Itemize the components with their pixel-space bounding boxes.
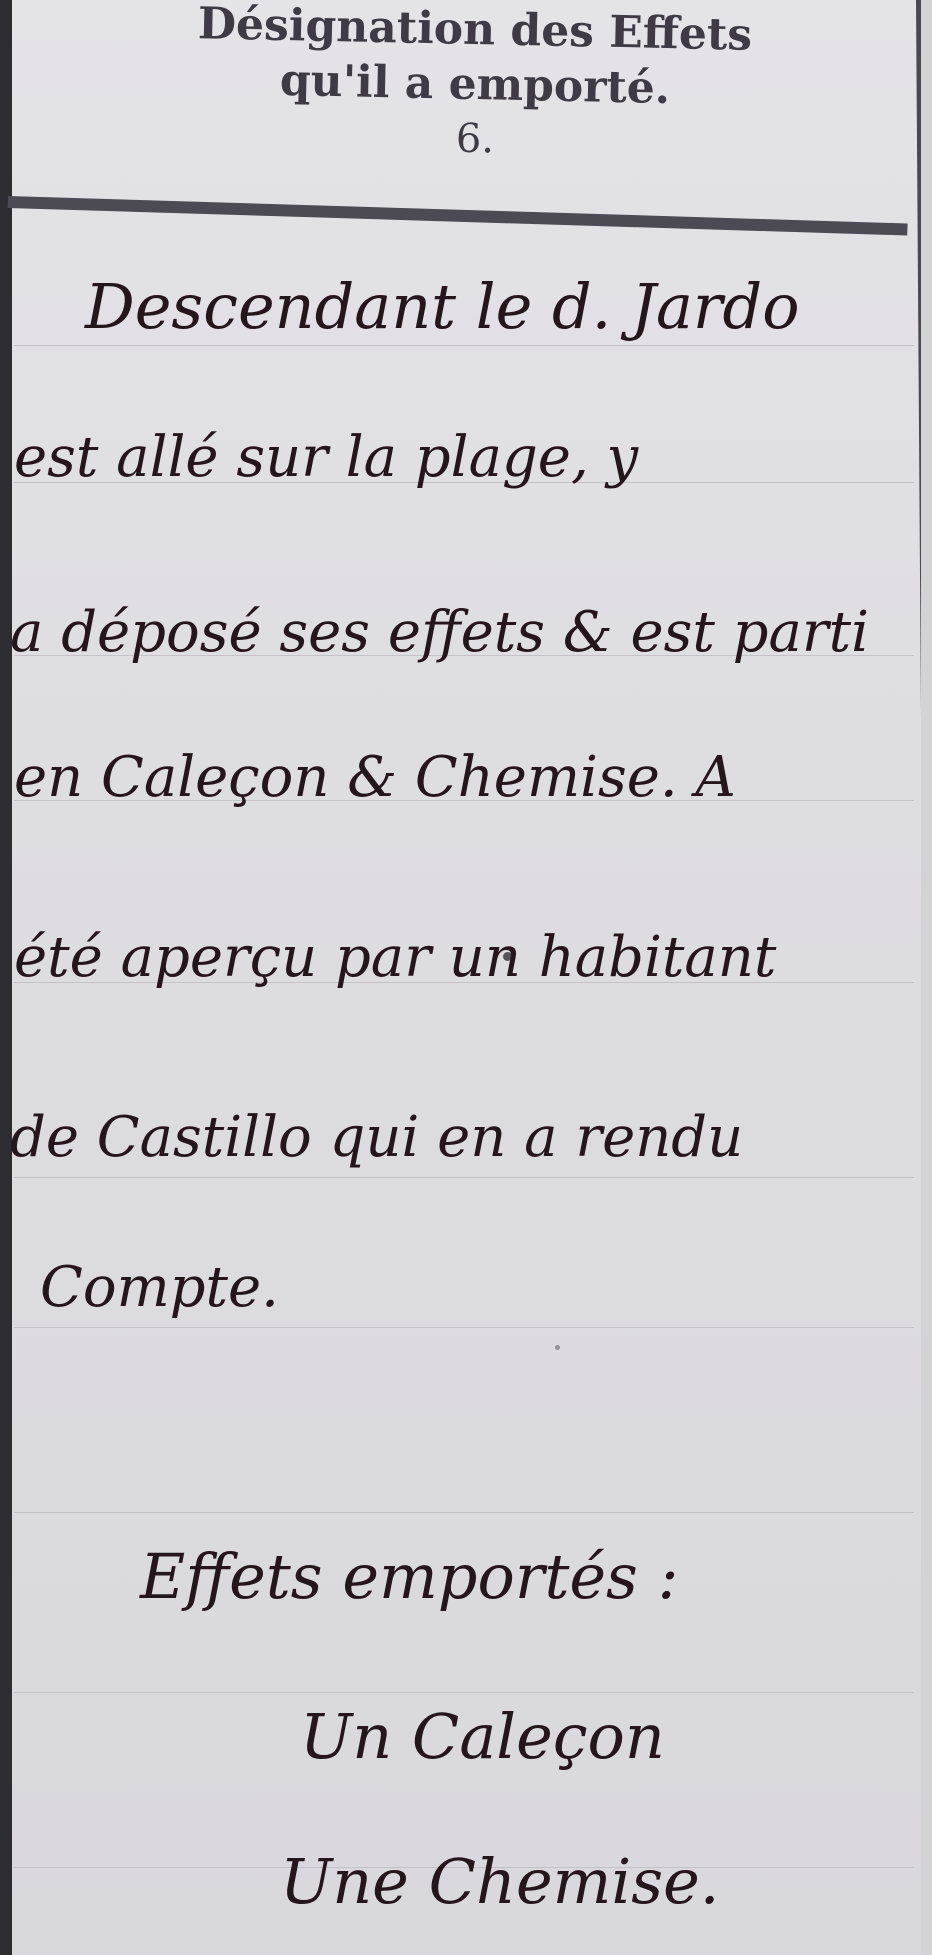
entry-line-7: Compte.	[40, 1255, 279, 1320]
document-page: Désignation des Effets qu'il a emporté. …	[0, 0, 932, 1955]
column-header: Désignation des Effets qu'il a emporté. …	[60, 0, 890, 164]
entry-line-4: en Caleçon & Chemise. A	[14, 745, 736, 810]
entry-line-1: Descendant le d. Jardo	[85, 270, 800, 343]
ruled-line	[14, 1327, 914, 1328]
header-divider	[8, 196, 908, 235]
ruled-line	[14, 345, 914, 346]
effects-item-1: Un Caleçon	[300, 1700, 665, 1773]
entry-line-2: est allé sur la plage, y	[14, 425, 638, 490]
entry-line-3: a déposé ses effets & est parti	[10, 600, 869, 665]
left-margin-rule	[0, 0, 12, 1955]
ruled-line	[14, 1177, 914, 1178]
entry-line-5: été aperçu par un habitant	[14, 925, 776, 990]
entry-line-6: de Castillo qui en a rendu	[10, 1105, 743, 1170]
ink-speck	[555, 1345, 560, 1350]
ruled-line	[14, 1692, 914, 1693]
ruled-line	[14, 1512, 914, 1513]
adjacent-column	[921, 0, 932, 1955]
ink-speck	[503, 952, 512, 961]
effects-title: Effets emportés :	[140, 1540, 678, 1613]
effects-item-2: Une Chemise.	[280, 1845, 719, 1918]
